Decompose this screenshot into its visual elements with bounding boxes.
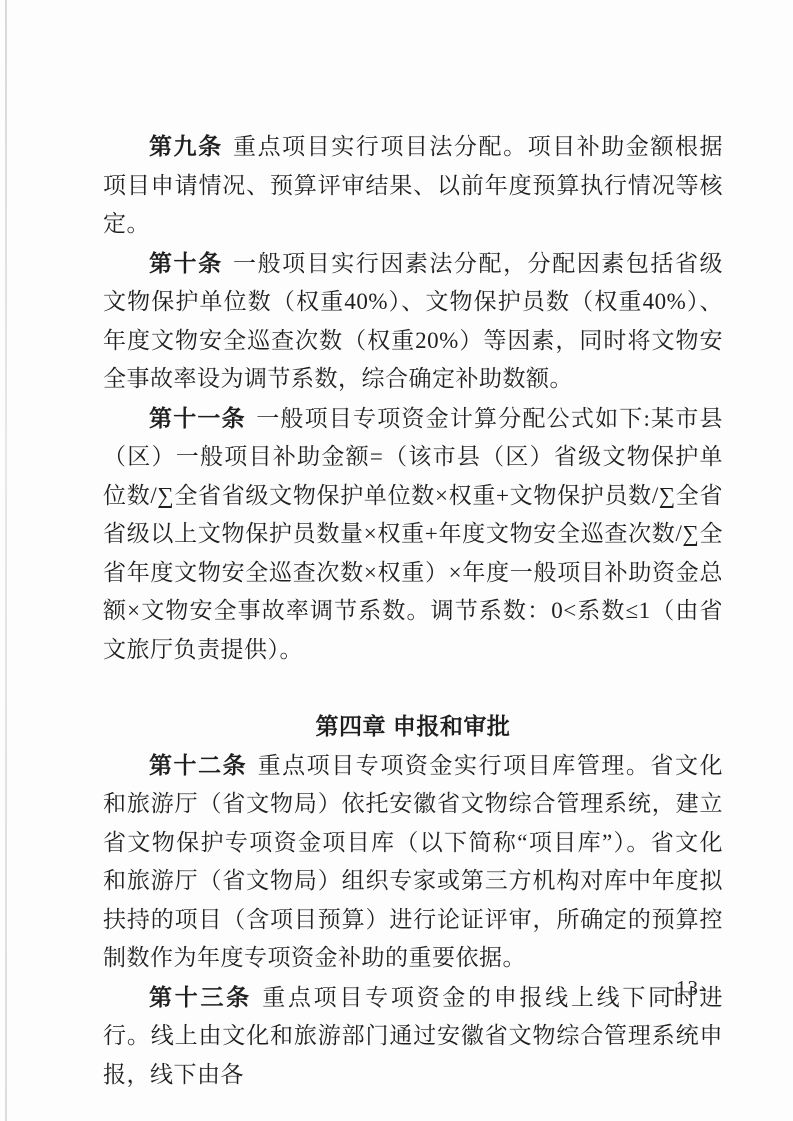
chapter-heading: 第四章 申报和审批: [103, 707, 723, 746]
paragraph-article-11: 第十一条一般项目专项资金计算分配公式如下:某市县（区）一般项目补助金额=（该市县…: [103, 399, 723, 670]
paragraph-article-9: 第九条重点项目实行项目法分配。项目补助金额根据项目申请情况、预算评审结果、以前年…: [103, 127, 723, 244]
paragraph-article-12: 第十二条重点项目专项资金实行项目库管理。省文化和旅游厅（省文物局）依托安徽省文物…: [103, 746, 723, 978]
paragraph-article-10: 第十条一般项目实行因素法分配，分配因素包括省级文物保护单位数（权重40%）、文物…: [103, 244, 723, 399]
article-10-label: 第十条: [149, 250, 223, 276]
article-9-label: 第九条: [149, 133, 223, 159]
article-13-label: 第十三条: [149, 984, 252, 1010]
article-12-label: 第十二条: [149, 752, 247, 778]
article-12-text: 重点项目专项资金实行项目库管理。省文化和旅游厅（省文物局）依托安徽省文物综合管理…: [103, 753, 723, 971]
scan-edge-artifact: [5, 0, 7, 1121]
paragraph-article-13: 第十三条重点项目专项资金的申报线上线下同时进行。线上由文化和旅游部门通过安徽省文…: [103, 978, 723, 1095]
article-11-label: 第十一条: [149, 405, 246, 431]
document-content: 第九条重点项目实行项目法分配。项目补助金额根据项目申请情况、预算评审结果、以前年…: [103, 127, 723, 1094]
page-number: -13-: [668, 976, 707, 1001]
article-11-text: 一般项目专项资金计算分配公式如下:某市县（区）一般项目补助金额=（该市县（区）省…: [103, 406, 723, 662]
document-page: 第九条重点项目实行项目法分配。项目补助金额根据项目申请情况、预算评审结果、以前年…: [0, 0, 793, 1121]
